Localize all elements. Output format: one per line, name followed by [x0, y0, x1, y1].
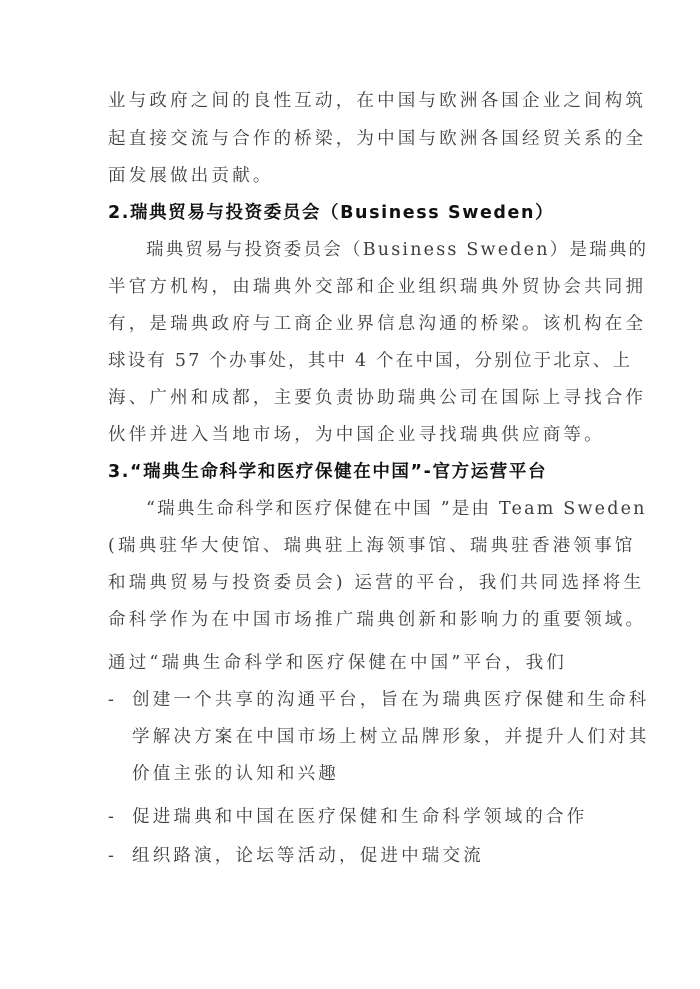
- paragraph-line: 球设有 57 个办事处，其中 4 个在中国，分别位于北京、上: [108, 350, 594, 372]
- list-item-text: 促进瑞典和中国在医疗保健和生命科学领域的合作: [132, 807, 587, 827]
- paragraph-line: 海、广州和成都，主要负责协助瑞典公司在国际上寻找合作: [108, 387, 594, 409]
- list-item-continuation: 学解决方案在中国市场上树立品牌形象，并提升人们对其: [132, 726, 618, 748]
- paragraph-line: “瑞典生命科学和医疗保健在中国 ”是由 Team Sweden: [146, 498, 594, 520]
- bullet-dash: -: [108, 806, 132, 828]
- paragraph-line: 面发展做出贡献。: [108, 165, 594, 187]
- paragraph-line: 瑞典贸易与投资委员会（Business Sweden）是瑞典的: [146, 239, 594, 261]
- bullet-dash: -: [108, 845, 132, 867]
- list-item-text: 组织路演，论坛等活动，促进中瑞交流: [132, 846, 484, 866]
- list-item: -组织路演，论坛等活动，促进中瑞交流: [108, 845, 594, 867]
- list-item: -创建一个共享的沟通平台，旨在为瑞典医疗保健和生命科: [108, 689, 594, 711]
- document-page: 业与政府之间的良性互动，在中国与欧洲各国企业之间构筑 起直接交流与合作的桥梁，为…: [0, 0, 700, 989]
- list-intro: 通过“瑞典生命科学和医疗保健在中国”平台，我们: [108, 652, 594, 674]
- list-item-text: 创建一个共享的沟通平台，旨在为瑞典医疗保健和生命科: [132, 690, 650, 710]
- list-item-continuation: 价值主张的认知和兴趣: [132, 763, 618, 785]
- section-heading-life-science-platform: 3.“瑞典生命科学和医疗保健在中国”-官方运营平台: [108, 461, 594, 483]
- paragraph-line: 和瑞典贸易与投资委员会) 运营的平台，我们共同选择将生: [108, 572, 594, 594]
- section-heading-business-sweden: 2.瑞典贸易与投资委员会（Business Sweden）: [108, 202, 594, 224]
- paragraph-line: 命科学作为在中国市场推广瑞典创新和影响力的重要领域。: [108, 609, 594, 631]
- paragraph-line: 半官方机构，由瑞典外交部和企业组织瑞典外贸协会共同拥: [108, 276, 594, 298]
- paragraph-line: 有，是瑞典政府与工商企业界信息沟通的桥梁。该机构在全: [108, 313, 594, 335]
- bullet-dash: -: [108, 689, 132, 711]
- paragraph-line: (瑞典驻华大使馆、瑞典驻上海领事馆、瑞典驻香港领事馆: [108, 535, 594, 557]
- paragraph-line: 伙伴并进入当地市场，为中国企业寻找瑞典供应商等。: [108, 424, 594, 446]
- list-item: -促进瑞典和中国在医疗保健和生命科学领域的合作: [108, 806, 594, 828]
- paragraph-line: 业与政府之间的良性互动，在中国与欧洲各国企业之间构筑: [108, 90, 594, 112]
- paragraph-line: 起直接交流与合作的桥梁，为中国与欧洲各国经贸关系的全: [108, 128, 594, 150]
